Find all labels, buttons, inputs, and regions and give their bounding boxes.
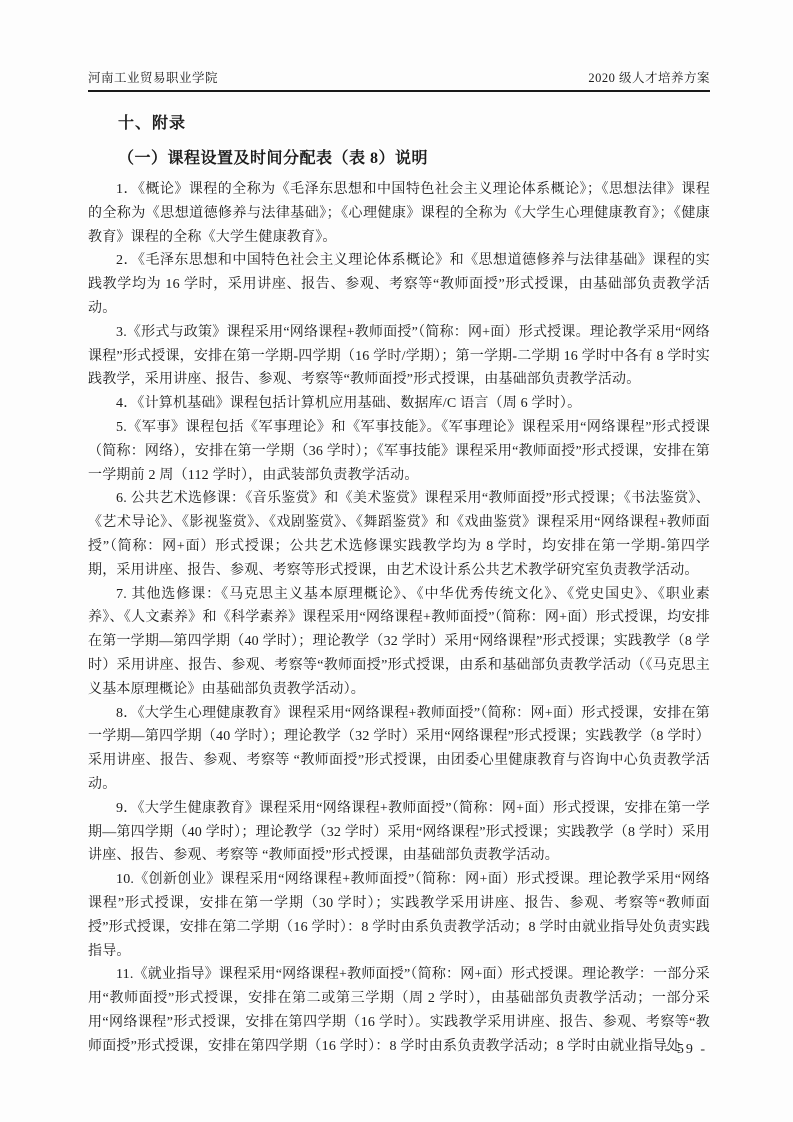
subsection-title: （一）课程设置及时间分配表（表 8）说明 bbox=[118, 145, 710, 168]
paragraph-7: 7. 其他选修课：《马克思主义基本原理概论》、《中华优秀传统文化》、《党史国史》… bbox=[88, 583, 710, 702]
paragraph-1: 1．《概论》课程的全称为《毛泽东思想和中国特色社会主义理论体系概论》；《思想法律… bbox=[88, 178, 710, 249]
header-plan-name: 2020 级人才培养方案 bbox=[588, 68, 710, 86]
document-page: 河南工业贸易职业学院 2020 级人才培养方案 十、附录 （一）课程设置及时间分… bbox=[0, 0, 793, 1122]
paragraph-9: 9．《大学生健康教育》课程采用“网络课程+教师面授”（简称：网+面）形式授课，安… bbox=[88, 797, 710, 868]
paragraph-5: 5.《军事》课程包括《军事理论》和《军事技能》。《军事理论》课程采用“网络课程”… bbox=[88, 416, 710, 487]
paragraph-2: 2．《毛泽东思想和中国特色社会主义理论体系概论》和《思想道德修养与法律基础》课程… bbox=[88, 249, 710, 320]
paragraph-list: 1．《概论》课程的全称为《毛泽东思想和中国特色社会主义理论体系概论》；《思想法律… bbox=[88, 178, 710, 1058]
page-number: - 59 - bbox=[665, 1042, 707, 1058]
paragraph-10: 10.《创新创业》课程采用“网络课程+教师面授”（简称：网+面）形式授课。理论教… bbox=[88, 868, 710, 963]
paragraph-8: 8．《大学生心理健康教育》课程采用“网络课程+教师面授”（简称：网+面）形式授课… bbox=[88, 702, 710, 797]
document-content: 十、附录 （一）课程设置及时间分配表（表 8）说明 1．《概论》课程的全称为《毛… bbox=[88, 92, 710, 1058]
page-header: 河南工业贸易职业学院 2020 级人才培养方案 bbox=[88, 68, 710, 92]
paragraph-11: 11.《就业指导》课程采用“网络课程+教师面授”（简称：网+面）形式授课。理论教… bbox=[88, 963, 710, 1058]
section-title: 十、附录 bbox=[118, 110, 710, 133]
paragraph-4: 4．《计算机基础》课程包括计算机应用基础、数据库/C 语言（周 6 学时）。 bbox=[88, 392, 710, 416]
paragraph-3: 3.《形式与政策》课程采用“网络课程+教师面授”（简称：网+面）形式授课。理论教… bbox=[88, 321, 710, 392]
header-school-name: 河南工业贸易职业学院 bbox=[88, 68, 218, 86]
paragraph-6: 6. 公共艺术选修课：《音乐鉴赏》和《美术鉴赏》课程采用“教师面授”形式授课；《… bbox=[88, 487, 710, 582]
